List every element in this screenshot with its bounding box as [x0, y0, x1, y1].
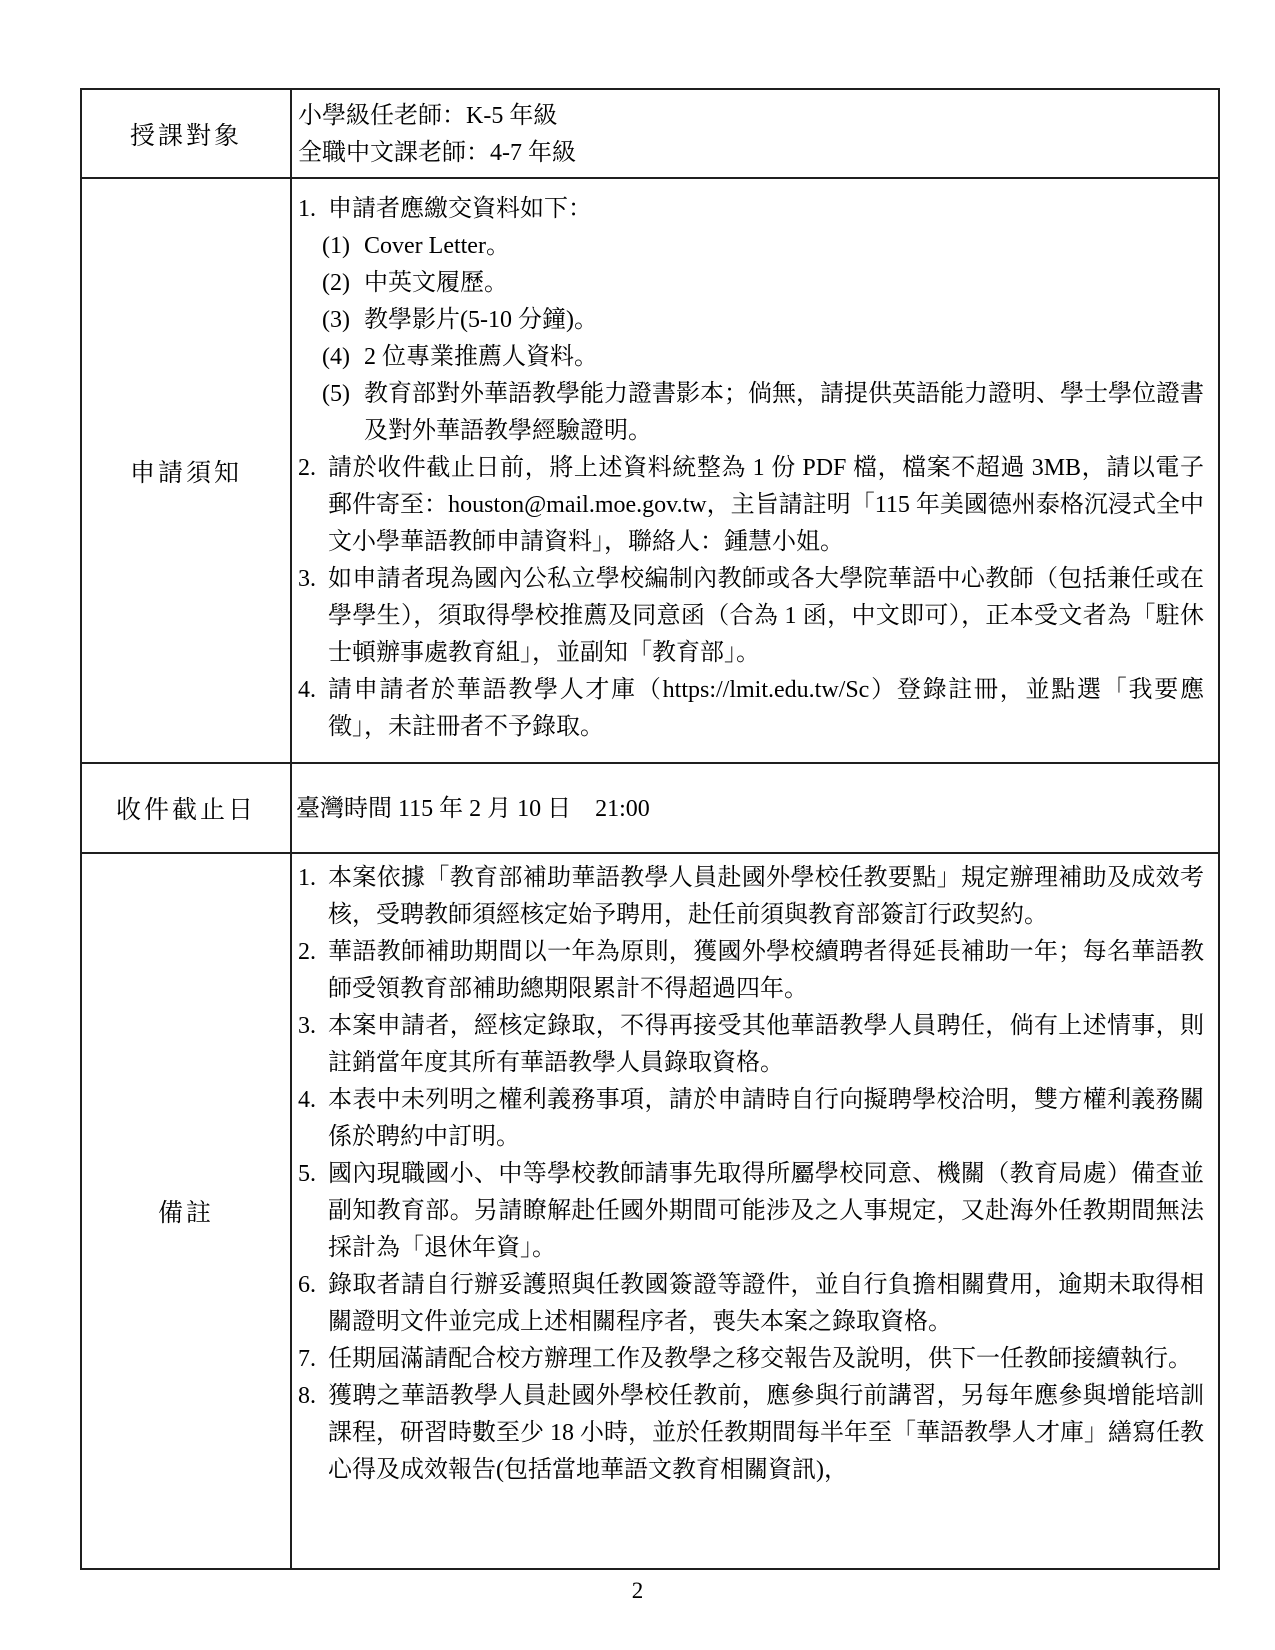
- row-content-teaching-target: 小學級任老師：K-5 年級 全職中文課老師：4-7 年級: [291, 89, 1219, 178]
- sub-list-item: (1) Cover Letter。: [322, 228, 1204, 265]
- table-row-teaching-target: 授課對象 小學級任老師：K-5 年級 全職中文課老師：4-7 年級: [81, 89, 1219, 178]
- list-item: 1. 申請者應繳交資料如下：: [298, 191, 1204, 228]
- row-label-remarks: 備註: [81, 853, 291, 1569]
- row-label-deadline: 收件截止日: [81, 763, 291, 853]
- list-item: 7. 任期屆滿請配合校方辦理工作及教學之移交報告及說明，供下一任教師接續執行。: [298, 1341, 1204, 1378]
- list-item: 8. 獲聘之華語教學人員赴國外學校任教前，應參與行前講習，另每年應參與增能培訓課…: [298, 1378, 1204, 1489]
- list-item-text: 申請者應繳交資料如下：: [328, 191, 1204, 228]
- list-item: 5. 國內現職國小、中等學校教師請事先取得所屬學校同意、機關（教育局處）備查並副…: [298, 1156, 1204, 1267]
- list-item-text: 本案依據「教育部補助華語教學人員赴國外學校任教要點」規定辦理補助及成效考核，受聘…: [328, 860, 1204, 934]
- row-label-application-notes: 申請須知: [81, 178, 291, 763]
- sub-list-item-number: (3): [322, 302, 364, 339]
- list-item-text: 華語教師補助期間以一年為原則，獲國外學校續聘者得延長補助一年；每名華語教師受領教…: [328, 934, 1204, 1008]
- list-item-number: 6.: [298, 1267, 328, 1341]
- sub-list-item-number: (2): [322, 265, 364, 302]
- deadline-text: 臺灣時間 115 年 2 月 10 日 21:00: [296, 791, 1204, 828]
- document-page: 授課對象 小學級任老師：K-5 年級 全職中文課老師：4-7 年級 申請須知 1…: [0, 0, 1275, 1650]
- table-row-remarks: 備註 1. 本案依據「教育部補助華語教學人員赴國外學校任教要點」規定辦理補助及成…: [81, 853, 1219, 1569]
- list-item: 3. 如申請者現為國內公私立學校編制內教師或各大學院華語中心教師（包括兼任或在學…: [298, 561, 1204, 672]
- sub-list-item: (4) 2 位專業推薦人資料。: [322, 339, 1204, 376]
- list-item-text: 錄取者請自行辦妥護照與任教國簽證等證件，並自行負擔相關費用，逾期未取得相關證明文…: [328, 1267, 1204, 1341]
- list-item-number: 5.: [298, 1156, 328, 1267]
- row-content-deadline: 臺灣時間 115 年 2 月 10 日 21:00: [291, 763, 1219, 853]
- list-item-number: 8.: [298, 1378, 328, 1489]
- list-item-text: 本案申請者，經核定錄取，不得再接受其他華語教學人員聘任，倘有上述情事，則註銷當年…: [328, 1008, 1204, 1082]
- list-item: 4. 本表中未列明之權利義務事項，請於申請時自行向擬聘學校洽明，雙方權利義務關係…: [298, 1082, 1204, 1156]
- row-content-remarks: 1. 本案依據「教育部補助華語教學人員赴國外學校任教要點」規定辦理補助及成效考核…: [291, 853, 1219, 1569]
- list-item-number: 1.: [298, 191, 328, 228]
- list-item: 3. 本案申請者，經核定錄取，不得再接受其他華語教學人員聘任，倘有上述情事，則註…: [298, 1008, 1204, 1082]
- sub-list-item-number: (5): [322, 376, 364, 450]
- sub-list-item: (2) 中英文履歷。: [322, 265, 1204, 302]
- list-item: 2. 華語教師補助期間以一年為原則，獲國外學校續聘者得延長補助一年；每名華語教師…: [298, 934, 1204, 1008]
- table-row-application-notes: 申請須知 1. 申請者應繳交資料如下： (1) Cover Letter。 (2…: [81, 178, 1219, 763]
- list-item-text: 任期屆滿請配合校方辦理工作及教學之移交報告及說明，供下一任教師接續執行。: [328, 1341, 1204, 1378]
- list-item-text: 國內現職國小、中等學校教師請事先取得所屬學校同意、機關（教育局處）備查並副知教育…: [328, 1156, 1204, 1267]
- list-item-number: 2.: [298, 934, 328, 1008]
- list-item-text: 請於收件截止日前，將上述資料統整為 1 份 PDF 檔，檔案不超過 3MB，請以…: [328, 450, 1204, 561]
- list-item-text: 如申請者現為國內公私立學校編制內教師或各大學院華語中心教師（包括兼任或在學學生）…: [328, 561, 1204, 672]
- list-item-number: 7.: [298, 1341, 328, 1378]
- list-item: 1. 本案依據「教育部補助華語教學人員赴國外學校任教要點」規定辦理補助及成效考核…: [298, 860, 1204, 934]
- sub-list-item-text: 中英文履歷。: [364, 265, 1204, 302]
- list-item: 2. 請於收件截止日前，將上述資料統整為 1 份 PDF 檔，檔案不超過 3MB…: [298, 450, 1204, 561]
- teaching-target-line: 小學級任老師：K-5 年級: [298, 98, 1204, 135]
- list-item-number: 4.: [298, 1082, 328, 1156]
- sub-list-item-number: (4): [322, 339, 364, 376]
- sub-list-item: (3) 教學影片(5-10 分鐘)。: [322, 302, 1204, 339]
- sub-list-item-text: 教育部對外華語教學能力證書影本；倘無，請提供英語能力證明、學士學位證書及對外華語…: [364, 376, 1204, 450]
- table-row-deadline: 收件截止日 臺灣時間 115 年 2 月 10 日 21:00: [81, 763, 1219, 853]
- sub-list-item-text: 2 位專業推薦人資料。: [364, 339, 1204, 376]
- list-item-number: 3.: [298, 1008, 328, 1082]
- sub-list-item-number: (1): [322, 228, 364, 265]
- row-content-application-notes: 1. 申請者應繳交資料如下： (1) Cover Letter。 (2) 中英文…: [291, 178, 1219, 763]
- sub-list-item: (5) 教育部對外華語教學能力證書影本；倘無，請提供英語能力證明、學士學位證書及…: [322, 376, 1204, 450]
- list-item-text: 獲聘之華語教學人員赴國外學校任教前，應參與行前講習，另每年應參與增能培訓課程，研…: [328, 1378, 1204, 1489]
- list-item-number: 1.: [298, 860, 328, 934]
- sub-list-item-text: 教學影片(5-10 分鐘)。: [364, 302, 1204, 339]
- list-item: 4. 請申請者於華語教學人才庫（https://lmit.edu.tw/Sc）登…: [298, 672, 1204, 746]
- page-number: 2: [0, 1578, 1275, 1604]
- list-item: 6. 錄取者請自行辦妥護照與任教國簽證等證件，並自行負擔相關費用，逾期未取得相關…: [298, 1267, 1204, 1341]
- teaching-target-line: 全職中文課老師：4-7 年級: [298, 135, 1204, 172]
- row-label-teaching-target: 授課對象: [81, 89, 291, 178]
- list-item-text: 本表中未列明之權利義務事項，請於申請時自行向擬聘學校洽明，雙方權利義務關係於聘約…: [328, 1082, 1204, 1156]
- list-item-text: 請申請者於華語教學人才庫（https://lmit.edu.tw/Sc）登錄註冊…: [328, 672, 1204, 746]
- list-item-number: 3.: [298, 561, 328, 672]
- list-item-number: 4.: [298, 672, 328, 746]
- list-item-number: 2.: [298, 450, 328, 561]
- sub-list-item-text: Cover Letter。: [364, 228, 1204, 265]
- info-table: 授課對象 小學級任老師：K-5 年級 全職中文課老師：4-7 年級 申請須知 1…: [80, 88, 1220, 1570]
